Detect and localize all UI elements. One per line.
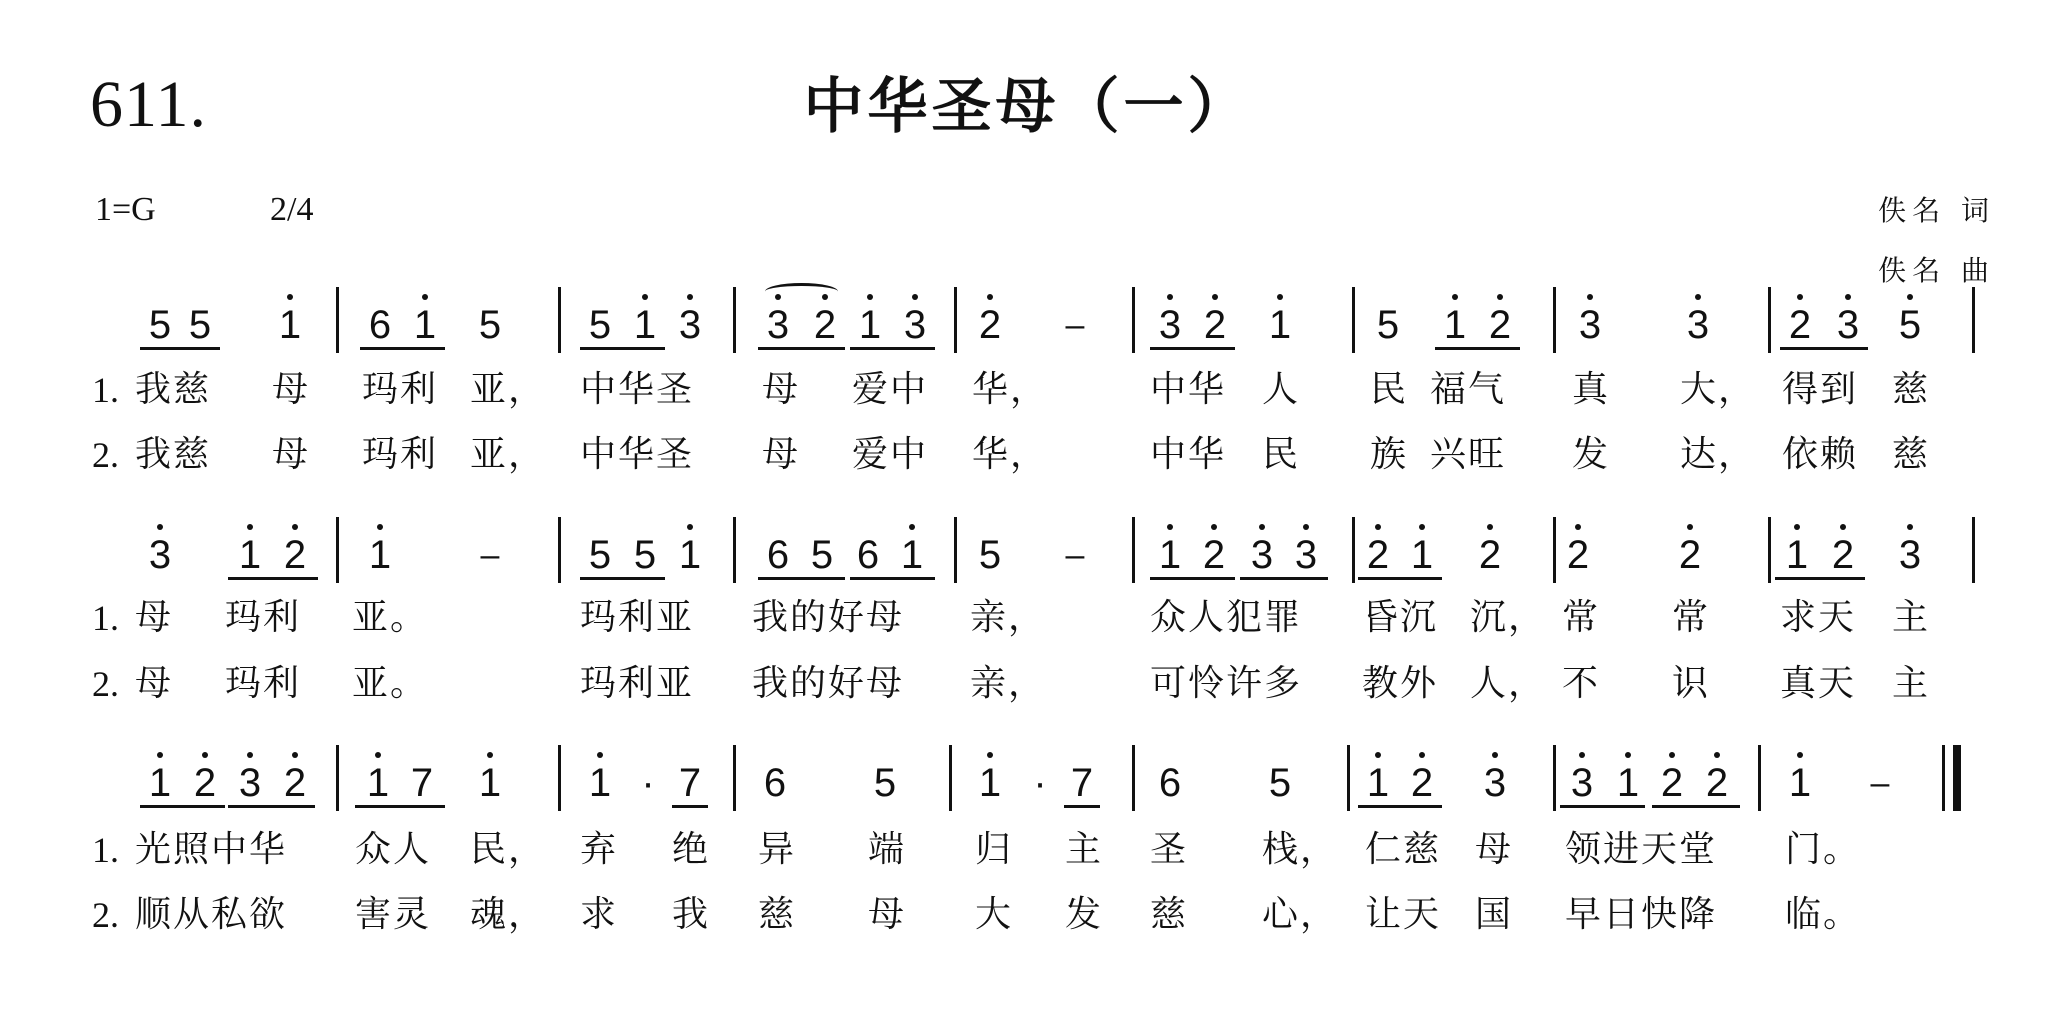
underline-beam	[1150, 577, 1235, 580]
octave-dot-icon	[1669, 752, 1675, 758]
lyric-syllable: 母	[868, 895, 906, 935]
composer-credit: 佚名 曲	[1878, 253, 1995, 289]
octave-dot-icon	[912, 294, 918, 300]
note: 2	[1407, 763, 1437, 803]
lyric-syllable: 母	[135, 664, 173, 704]
underline-beam	[850, 577, 935, 580]
note: 1	[1440, 305, 1470, 345]
note: 1	[897, 535, 927, 575]
lyric-syllable: 常	[1562, 598, 1600, 638]
octave-dot-icon	[375, 752, 381, 758]
octave-dot-icon	[687, 524, 693, 530]
barline	[954, 287, 957, 353]
duration-dot: ·	[1025, 763, 1055, 803]
note: 3	[900, 305, 930, 345]
barline	[954, 517, 957, 583]
octave-dot-icon	[377, 524, 383, 530]
note: 2	[1828, 535, 1858, 575]
note: 3	[235, 763, 265, 803]
underline-beam	[228, 805, 315, 808]
note: 2	[1200, 305, 1230, 345]
note: 1	[1782, 535, 1812, 575]
lyric-syllable: 慈	[1892, 370, 1930, 410]
lyric-syllable: 亚。	[352, 664, 428, 704]
page-title: 中华圣母（一）	[0, 72, 2045, 142]
octave-dot-icon	[867, 294, 873, 300]
barline	[336, 745, 339, 811]
octave-dot-icon	[987, 752, 993, 758]
lyric-syllable: 门。	[1785, 830, 1861, 870]
octave-dot-icon	[1794, 524, 1800, 530]
extension-dash: –	[1060, 535, 1090, 575]
octave-dot-icon	[422, 294, 428, 300]
note: 2	[1475, 535, 1505, 575]
lyric-syllable: 国	[1475, 895, 1513, 935]
octave-dot-icon	[987, 294, 993, 300]
octave-dot-icon	[1487, 524, 1493, 530]
lyric-syllable: 领进天堂	[1565, 830, 1717, 870]
lyric-syllable: 归	[975, 830, 1013, 870]
lyric-syllable: 早日快降	[1565, 895, 1717, 935]
underline-beam	[1435, 347, 1520, 350]
lyric-syllable: 爱中	[852, 435, 928, 475]
underline-beam	[355, 805, 445, 808]
lyric-syllable: 玛利	[362, 435, 438, 475]
lyric-syllable: 依赖	[1782, 435, 1858, 475]
note: 5	[870, 763, 900, 803]
lyric-syllable: 中华圣	[580, 435, 694, 475]
barline	[1768, 287, 1771, 353]
lyric-syllable: 玛利亚	[580, 664, 694, 704]
lyric-syllable: 让天	[1365, 895, 1441, 935]
octave-dot-icon	[1714, 752, 1720, 758]
lyric-syllable: 魂，	[470, 895, 546, 935]
note: 1	[145, 763, 175, 803]
lyric-syllable: 弃	[580, 830, 618, 870]
octave-dot-icon	[1167, 294, 1173, 300]
underline-beam	[1240, 577, 1328, 580]
barline	[1132, 517, 1135, 583]
lyric-syllable: 族	[1370, 435, 1408, 475]
note: 3	[1247, 535, 1277, 575]
octave-dot-icon	[1575, 524, 1581, 530]
lyric-syllable: 慈	[1892, 435, 1930, 475]
octave-dot-icon	[597, 752, 603, 758]
final-barline	[1942, 745, 1945, 811]
note: 1	[363, 763, 393, 803]
note: 7	[1067, 763, 1097, 803]
lyric-syllable: 主	[1892, 598, 1930, 638]
note: 3	[1895, 535, 1925, 575]
octave-dot-icon	[1419, 524, 1425, 530]
lyric-syllable: 光照中华	[135, 830, 287, 870]
lyric-syllable: 大，	[1680, 370, 1756, 410]
lyric-syllable: 母	[272, 435, 310, 475]
lyric-syllable: 华，	[972, 370, 1048, 410]
note: 2	[1363, 535, 1393, 575]
verse-number: 2.	[92, 895, 119, 935]
extension-dash: –	[1060, 305, 1090, 345]
note: 5	[975, 535, 1005, 575]
note: 2	[1563, 535, 1593, 575]
lyric-syllable: 求天	[1780, 598, 1856, 638]
lyric-syllable: 玛利	[225, 598, 301, 638]
lyric-syllable: 达，	[1680, 435, 1756, 475]
lyric-syllable: 心，	[1262, 895, 1338, 935]
note: 5	[630, 535, 660, 575]
note: 1	[1785, 763, 1815, 803]
barline	[733, 745, 736, 811]
note: 1	[475, 763, 505, 803]
octave-dot-icon	[1695, 294, 1701, 300]
underline-beam	[580, 347, 665, 350]
note: 2	[1199, 535, 1229, 575]
lyric-syllable: 昏沉	[1362, 598, 1438, 638]
lyric-syllable: 兴旺	[1430, 435, 1506, 475]
note: 5	[145, 305, 175, 345]
lyric-syllable: 教外	[1362, 664, 1438, 704]
barline	[1768, 517, 1771, 583]
underline-beam	[1780, 347, 1868, 350]
verse-number: 1.	[92, 830, 119, 870]
lyric-syllable: 我慈	[135, 370, 211, 410]
lyric-syllable: 亲，	[970, 598, 1046, 638]
note: 1	[630, 305, 660, 345]
lyric-syllable: 民，	[470, 830, 546, 870]
note: 5	[585, 535, 615, 575]
note: 3	[1155, 305, 1185, 345]
lyric-syllable: 亚，	[470, 435, 546, 475]
note: 6	[1155, 763, 1185, 803]
octave-dot-icon	[1212, 294, 1218, 300]
time-signature: 2/4	[270, 190, 313, 230]
octave-dot-icon	[1277, 294, 1283, 300]
lyric-syllable: 玛利亚	[580, 598, 694, 638]
octave-dot-icon	[247, 752, 253, 758]
octave-dot-icon	[487, 752, 493, 758]
barline	[1972, 287, 1975, 353]
underline-beam	[360, 347, 445, 350]
note: 7	[675, 763, 705, 803]
note: 2	[1785, 305, 1815, 345]
lyric-syllable: 主	[1065, 830, 1103, 870]
note: 5	[475, 305, 505, 345]
octave-dot-icon	[157, 752, 163, 758]
octave-dot-icon	[1687, 524, 1693, 530]
lyric-syllable: 得到	[1782, 370, 1858, 410]
barline	[1352, 287, 1355, 353]
lyric-syllable: 发	[1572, 435, 1610, 475]
lyricist-credit: 佚名 词	[1878, 193, 1995, 229]
barline	[336, 287, 339, 353]
octave-dot-icon	[1625, 752, 1631, 758]
octave-dot-icon	[202, 752, 208, 758]
note: 3	[1567, 763, 1597, 803]
note: 3	[675, 305, 705, 345]
octave-dot-icon	[1375, 752, 1381, 758]
note: 3	[1683, 305, 1713, 345]
barline	[1132, 745, 1135, 811]
barline	[1553, 745, 1556, 811]
lyric-syllable: 爱中	[852, 370, 928, 410]
octave-dot-icon	[1797, 294, 1803, 300]
underline-beam	[850, 347, 935, 350]
extension-dash: –	[475, 535, 505, 575]
lyric-syllable: 我的好母	[752, 598, 904, 638]
note: 5	[807, 535, 837, 575]
extension-dash: –	[1865, 763, 1895, 803]
octave-dot-icon	[909, 524, 915, 530]
note: 3	[763, 305, 793, 345]
note: 1	[1363, 763, 1393, 803]
note: 3	[1291, 535, 1321, 575]
lyric-syllable: 人，	[1470, 664, 1546, 704]
octave-dot-icon	[1845, 294, 1851, 300]
note: 1	[1407, 535, 1437, 575]
lyric-syllable: 求	[580, 895, 618, 935]
lyric-syllable: 民	[1262, 435, 1300, 475]
note: 1	[585, 763, 615, 803]
octave-dot-icon	[292, 524, 298, 530]
lyric-syllable: 中华	[1150, 435, 1226, 475]
octave-dot-icon	[1907, 294, 1913, 300]
lyric-syllable: 民	[1370, 370, 1408, 410]
octave-dot-icon	[1797, 752, 1803, 758]
note: 5	[1895, 305, 1925, 345]
barline	[558, 517, 561, 583]
lyric-syllable: 玛利	[362, 370, 438, 410]
lyric-syllable: 我	[672, 895, 710, 935]
octave-dot-icon	[1907, 524, 1913, 530]
barline	[558, 745, 561, 811]
octave-dot-icon	[1579, 752, 1585, 758]
note: 2	[280, 763, 310, 803]
octave-dot-icon	[1259, 524, 1265, 530]
barline	[1553, 287, 1556, 353]
underline-beam	[672, 805, 708, 808]
lyric-syllable: 母	[762, 435, 800, 475]
lyric-syllable: 我慈	[135, 435, 211, 475]
lyric-syllable: 母	[762, 370, 800, 410]
underline-beam	[140, 805, 225, 808]
note: 6	[365, 305, 395, 345]
note: 1	[1613, 763, 1643, 803]
note: 6	[853, 535, 883, 575]
octave-dot-icon	[687, 294, 693, 300]
note: 2	[810, 305, 840, 345]
note: 1	[855, 305, 885, 345]
verse-number: 1.	[92, 370, 119, 410]
lyric-syllable: 真	[1572, 370, 1610, 410]
octave-dot-icon	[1497, 294, 1503, 300]
verse-number: 2.	[92, 435, 119, 475]
underline-beam	[1775, 577, 1865, 580]
lyric-syllable: 识	[1672, 664, 1710, 704]
note: 6	[760, 763, 790, 803]
barline	[949, 745, 952, 811]
verse-number: 1.	[92, 598, 119, 638]
note: 2	[280, 535, 310, 575]
octave-dot-icon	[1452, 294, 1458, 300]
note: 2	[1702, 763, 1732, 803]
octave-dot-icon	[287, 294, 293, 300]
octave-dot-icon	[1211, 524, 1217, 530]
lyric-syllable: 仁慈	[1365, 830, 1441, 870]
lyric-syllable: 众人	[355, 830, 431, 870]
note: 3	[1833, 305, 1863, 345]
note: 2	[1657, 763, 1687, 803]
note: 5	[585, 305, 615, 345]
lyric-syllable: 人	[1262, 370, 1300, 410]
lyric-syllable: 栈，	[1262, 830, 1338, 870]
lyric-syllable: 母	[135, 598, 173, 638]
lyric-syllable: 异	[758, 830, 796, 870]
lyric-syllable: 圣	[1150, 830, 1188, 870]
barline	[1352, 517, 1355, 583]
lyric-syllable: 亲，	[970, 664, 1046, 704]
underline-beam	[140, 347, 220, 350]
lyric-syllable: 众人犯罪	[1150, 598, 1302, 638]
lyric-syllable: 临。	[1785, 895, 1861, 935]
note: 3	[1575, 305, 1605, 345]
note: 7	[407, 763, 437, 803]
barline	[1553, 517, 1556, 583]
lyric-syllable: 亚。	[352, 598, 428, 638]
note: 5	[1373, 305, 1403, 345]
barline	[558, 287, 561, 353]
underline-beam	[1358, 577, 1442, 580]
note: 1	[365, 535, 395, 575]
note: 1	[275, 305, 305, 345]
note: 2	[975, 305, 1005, 345]
lyric-syllable: 主	[1892, 664, 1930, 704]
octave-dot-icon	[1375, 524, 1381, 530]
barline	[733, 287, 736, 353]
note: 5	[185, 305, 215, 345]
final-barline	[1953, 745, 1961, 811]
lyric-syllable: 中华圣	[580, 370, 694, 410]
underline-beam	[1560, 805, 1645, 808]
octave-dot-icon	[1303, 524, 1309, 530]
note: 2	[1485, 305, 1515, 345]
note: 2	[190, 763, 220, 803]
lyric-syllable: 真天	[1780, 664, 1856, 704]
lyric-syllable: 慈	[758, 895, 796, 935]
octave-dot-icon	[1587, 294, 1593, 300]
octave-dot-icon	[247, 524, 253, 530]
note: 6	[763, 535, 793, 575]
key-signature: 1=G	[95, 190, 156, 230]
octave-dot-icon	[1492, 752, 1498, 758]
note: 5	[1265, 763, 1295, 803]
octave-dot-icon	[1419, 752, 1425, 758]
underline-beam	[1652, 805, 1740, 808]
duration-dot: ·	[633, 763, 663, 803]
underline-beam	[1150, 347, 1235, 350]
note: 1	[675, 535, 705, 575]
lyric-syllable: 害灵	[355, 895, 431, 935]
underline-beam	[580, 577, 665, 580]
barline	[733, 517, 736, 583]
lyric-syllable: 亚，	[470, 370, 546, 410]
note: 1	[1155, 535, 1185, 575]
octave-dot-icon	[1167, 524, 1173, 530]
note: 1	[410, 305, 440, 345]
lyric-syllable: 绝	[672, 830, 710, 870]
underline-beam	[1358, 805, 1442, 808]
tie-slur	[765, 283, 838, 300]
barline	[1758, 745, 1761, 811]
octave-dot-icon	[1840, 524, 1846, 530]
note: 3	[1480, 763, 1510, 803]
barline	[1972, 517, 1975, 583]
lyric-syllable: 母	[272, 370, 310, 410]
lyric-syllable: 常	[1672, 598, 1710, 638]
lyric-syllable: 华，	[972, 435, 1048, 475]
lyric-syllable: 顺从私欲	[135, 895, 287, 935]
lyric-syllable: 玛利	[225, 664, 301, 704]
note: 1	[235, 535, 265, 575]
verse-number: 2.	[92, 664, 119, 704]
lyric-syllable: 我的好母	[752, 664, 904, 704]
octave-dot-icon	[292, 752, 298, 758]
lyric-syllable: 沉，	[1470, 598, 1546, 638]
octave-dot-icon	[642, 294, 648, 300]
lyric-syllable: 可怜许多	[1150, 664, 1302, 704]
note: 1	[975, 763, 1005, 803]
lyric-syllable: 福气	[1430, 370, 1506, 410]
octave-dot-icon	[157, 524, 163, 530]
underline-beam	[1064, 805, 1100, 808]
underline-beam	[758, 347, 845, 350]
barline	[1347, 745, 1350, 811]
barline	[336, 517, 339, 583]
lyric-syllable: 端	[868, 830, 906, 870]
lyric-syllable: 不	[1562, 664, 1600, 704]
lyric-syllable: 母	[1475, 830, 1513, 870]
barline	[1132, 287, 1135, 353]
lyric-syllable: 发	[1065, 895, 1103, 935]
note: 2	[1675, 535, 1705, 575]
underline-beam	[228, 577, 318, 580]
note: 1	[1265, 305, 1295, 345]
underline-beam	[758, 577, 845, 580]
lyric-syllable: 中华	[1150, 370, 1226, 410]
note: 3	[145, 535, 175, 575]
lyric-syllable: 大	[975, 895, 1013, 935]
lyric-syllable: 慈	[1150, 895, 1188, 935]
